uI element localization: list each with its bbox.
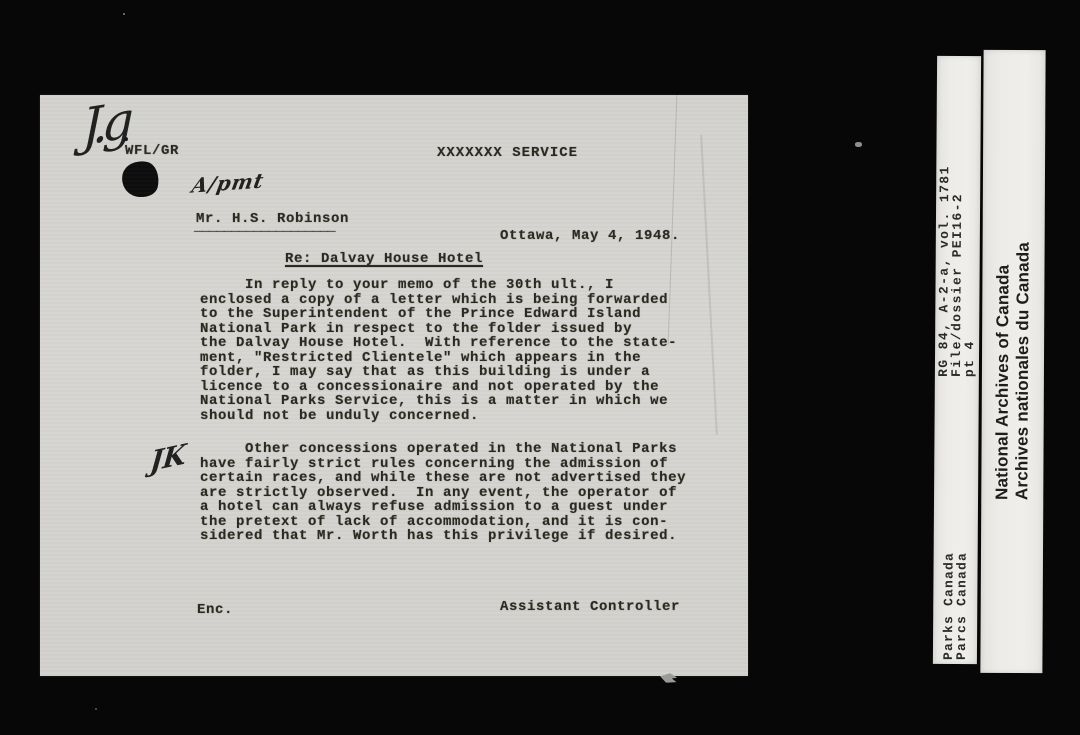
dust-speck — [123, 13, 125, 15]
dateline: Ottawa, May 4, 1948. — [500, 228, 680, 244]
subject-line: Re: Dalvay House Hotel — [285, 251, 483, 267]
dust-speck — [95, 708, 97, 710]
signature-title: Assistant Controller — [500, 599, 680, 615]
paragraph-2: Other concessions operated in the Nation… — [200, 442, 686, 544]
paragraph-1: In reply to your memo of the 30th ult., … — [200, 278, 677, 423]
archival-reference-label: RG 84, A-2-a, vol. 1781 File/dossier PEI… — [937, 147, 979, 377]
letterhead-title: XXXXXXX SERVICE — [437, 145, 578, 161]
margin-mark: JK — [149, 439, 188, 479]
handwritten-annotation: A/pmt — [190, 168, 266, 197]
paper-crease — [700, 135, 718, 435]
archival-reference-strip: RG 84, A-2-a, vol. 1781 File/dossier PEI… — [933, 56, 981, 664]
letter-paper: J.g WFL/GR XXXXXXX SERVICE A/pmt Mr. H.S… — [40, 95, 748, 676]
agency-label: Parks Canada Parcs Canada — [942, 540, 969, 660]
national-archives-strip: National Archives of Canada Archives nat… — [980, 50, 1045, 673]
enclosure-note: Enc. — [197, 602, 233, 618]
ink-blot — [119, 158, 163, 201]
typist-initials: WFL/GR — [125, 143, 179, 159]
dust-speck — [855, 142, 862, 147]
addressee-underline: ___________________ — [194, 219, 335, 235]
national-archives-label: National Archives of Canada Archives nat… — [992, 210, 1034, 500]
handwritten-initials: J.g — [82, 91, 129, 157]
scan-background: J.g WFL/GR XXXXXXX SERVICE A/pmt Mr. H.S… — [0, 0, 1080, 735]
